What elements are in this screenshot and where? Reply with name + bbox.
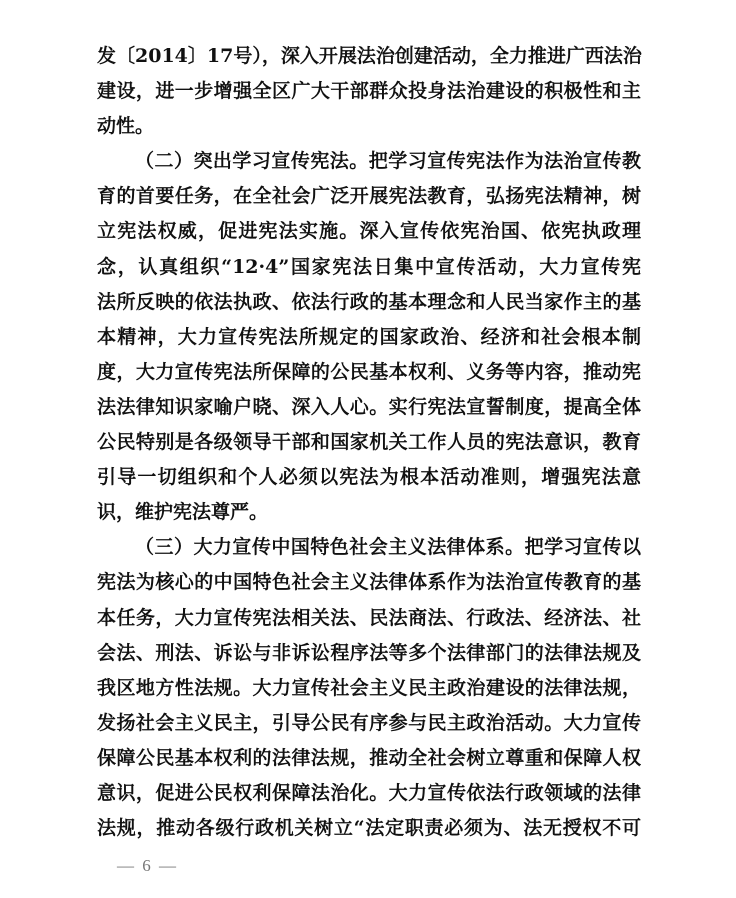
text-line: 我区地方性法规。大力宣传社会主义民主政治建设的法律法规， — [97, 671, 641, 706]
text-line: 法法律知识家喻户晓、深入人心。实行宪法宣誓制度，提高全体 — [97, 390, 641, 425]
text-line: （三）大力宣传中国特色社会主义法律体系。把学习宣传以 — [97, 530, 641, 565]
text-line: 会法、刑法、诉讼与非诉讼程序法等多个法律部门的法律法规及 — [97, 636, 641, 671]
text-line: 动性。 — [97, 109, 641, 144]
text-line: 法所反映的依法执政、依法行政的基本理念和人民当家作主的基 — [97, 285, 641, 320]
text-line: 育的首要任务，在全社会广泛开展宪法教育，弘扬宪法精神，树 — [97, 179, 641, 214]
body-text: 发〔2014〕17号），深入开展法治创建活动，全力推进广西法治建设，进一步增强全… — [97, 39, 641, 846]
text-line: 发〔2014〕17号），深入开展法治创建活动，全力推进广西法治 — [97, 39, 641, 74]
text-line: 发扬社会主义民主，引导公民有序参与民主政治活动。大力宣传 — [97, 706, 641, 741]
text-line: 宪法为核心的中国特色社会主义法律体系作为法治宣传教育的基 — [97, 565, 641, 600]
text-line: 本任务，大力宣传宪法相关法、民法商法、行政法、经济法、社 — [97, 601, 641, 636]
text-line: 公民特别是各级领导干部和国家机关工作人员的宪法意识，教育 — [97, 425, 641, 460]
text-line: （二）突出学习宣传宪法。把学习宣传宪法作为法治宣传教 — [97, 144, 641, 179]
text-line: 度，大力宣传宪法所保障的公民基本权利、义务等内容，推动宪 — [97, 355, 641, 390]
text-line: 意识，促进公民权利保障法治化。大力宣传依法行政领域的法律 — [97, 776, 641, 811]
page-number: — 6 — — [117, 856, 178, 876]
text-line: 引导一切组织和个人必须以宪法为根本活动准则，增强宪法意 — [97, 460, 641, 495]
text-line: 念，认真组织“12·4”国家宪法日集中宣传活动，大力宣传宪 — [97, 250, 641, 285]
document-page: 发〔2014〕17号），深入开展法治创建活动，全力推进广西法治建设，进一步增强全… — [0, 0, 736, 898]
text-line: 立宪法权威，促进宪法实施。深入宣传依宪治国、依宪执政理 — [97, 214, 641, 249]
text-line: 本精神，大力宣传宪法所规定的国家政治、经济和社会根本制 — [97, 320, 641, 355]
text-line: 保障公民基本权利的法律法规，推动全社会树立尊重和保障人权 — [97, 741, 641, 776]
text-line: 识，维护宪法尊严。 — [97, 495, 641, 530]
text-line: 建设，进一步增强全区广大干部群众投身法治建设的积极性和主 — [97, 74, 641, 109]
text-line: 法规，推动各级行政机关树立“法定职责必须为、法无授权不可 — [97, 811, 641, 846]
